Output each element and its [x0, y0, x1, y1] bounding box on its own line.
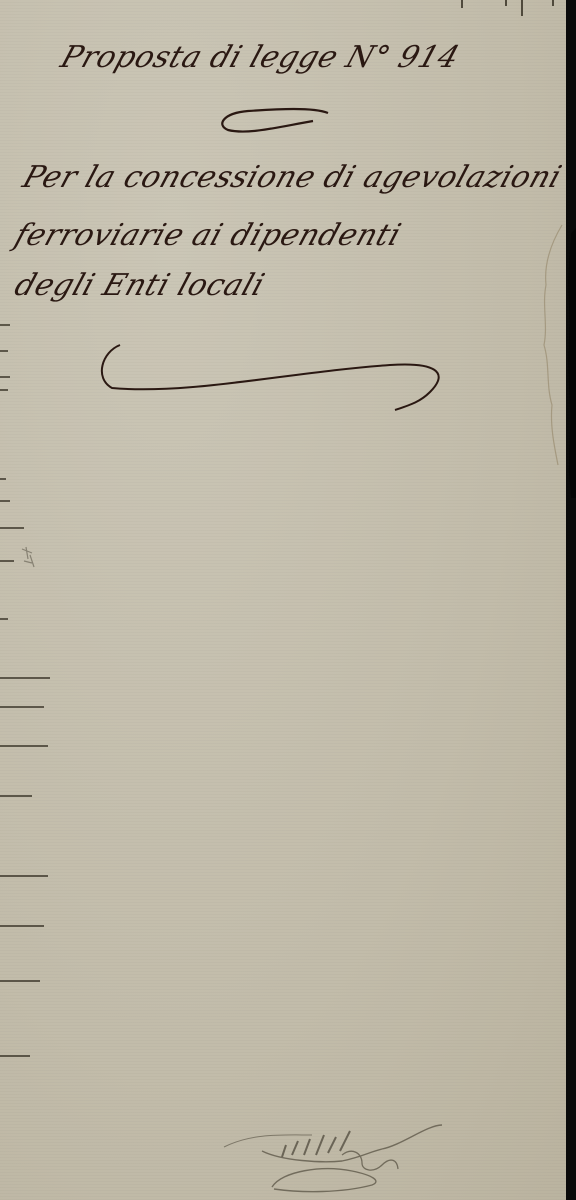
margin-tick [0, 618, 8, 620]
flourish-under-body [90, 340, 450, 420]
body-line-2: ferroviarie ai dipendenti [10, 218, 405, 253]
margin-tick [0, 677, 50, 679]
margin-tick [0, 980, 40, 982]
pencil-sketch-bottom [212, 1105, 462, 1195]
margin-tick [0, 925, 44, 927]
margin-tick [0, 527, 24, 529]
margin-tick [0, 324, 10, 326]
margin-tick [0, 389, 8, 391]
margin-tick [0, 560, 14, 562]
margin-tick [0, 745, 48, 747]
scan-border-right [566, 0, 576, 1200]
margin-tick [0, 350, 8, 352]
margin-tick [0, 478, 6, 480]
flourish-under-heading [218, 105, 338, 135]
document-heading: Proposta di legge N° 914 [56, 40, 464, 75]
document-page: Proposta di legge N° 914 Per la concessi… [0, 0, 576, 1200]
margin-tick [0, 1055, 30, 1057]
margin-tick [0, 500, 10, 502]
body-line-1: Per la concessione di agevolazioni [18, 160, 566, 195]
margin-tick [0, 376, 10, 378]
margin-tick [0, 795, 32, 797]
margin-tick [0, 706, 44, 708]
paper-fold-line [540, 225, 570, 475]
body-line-3: degli Enti locali [10, 268, 269, 303]
pencil-mark [20, 545, 40, 575]
margin-tick [0, 875, 48, 877]
